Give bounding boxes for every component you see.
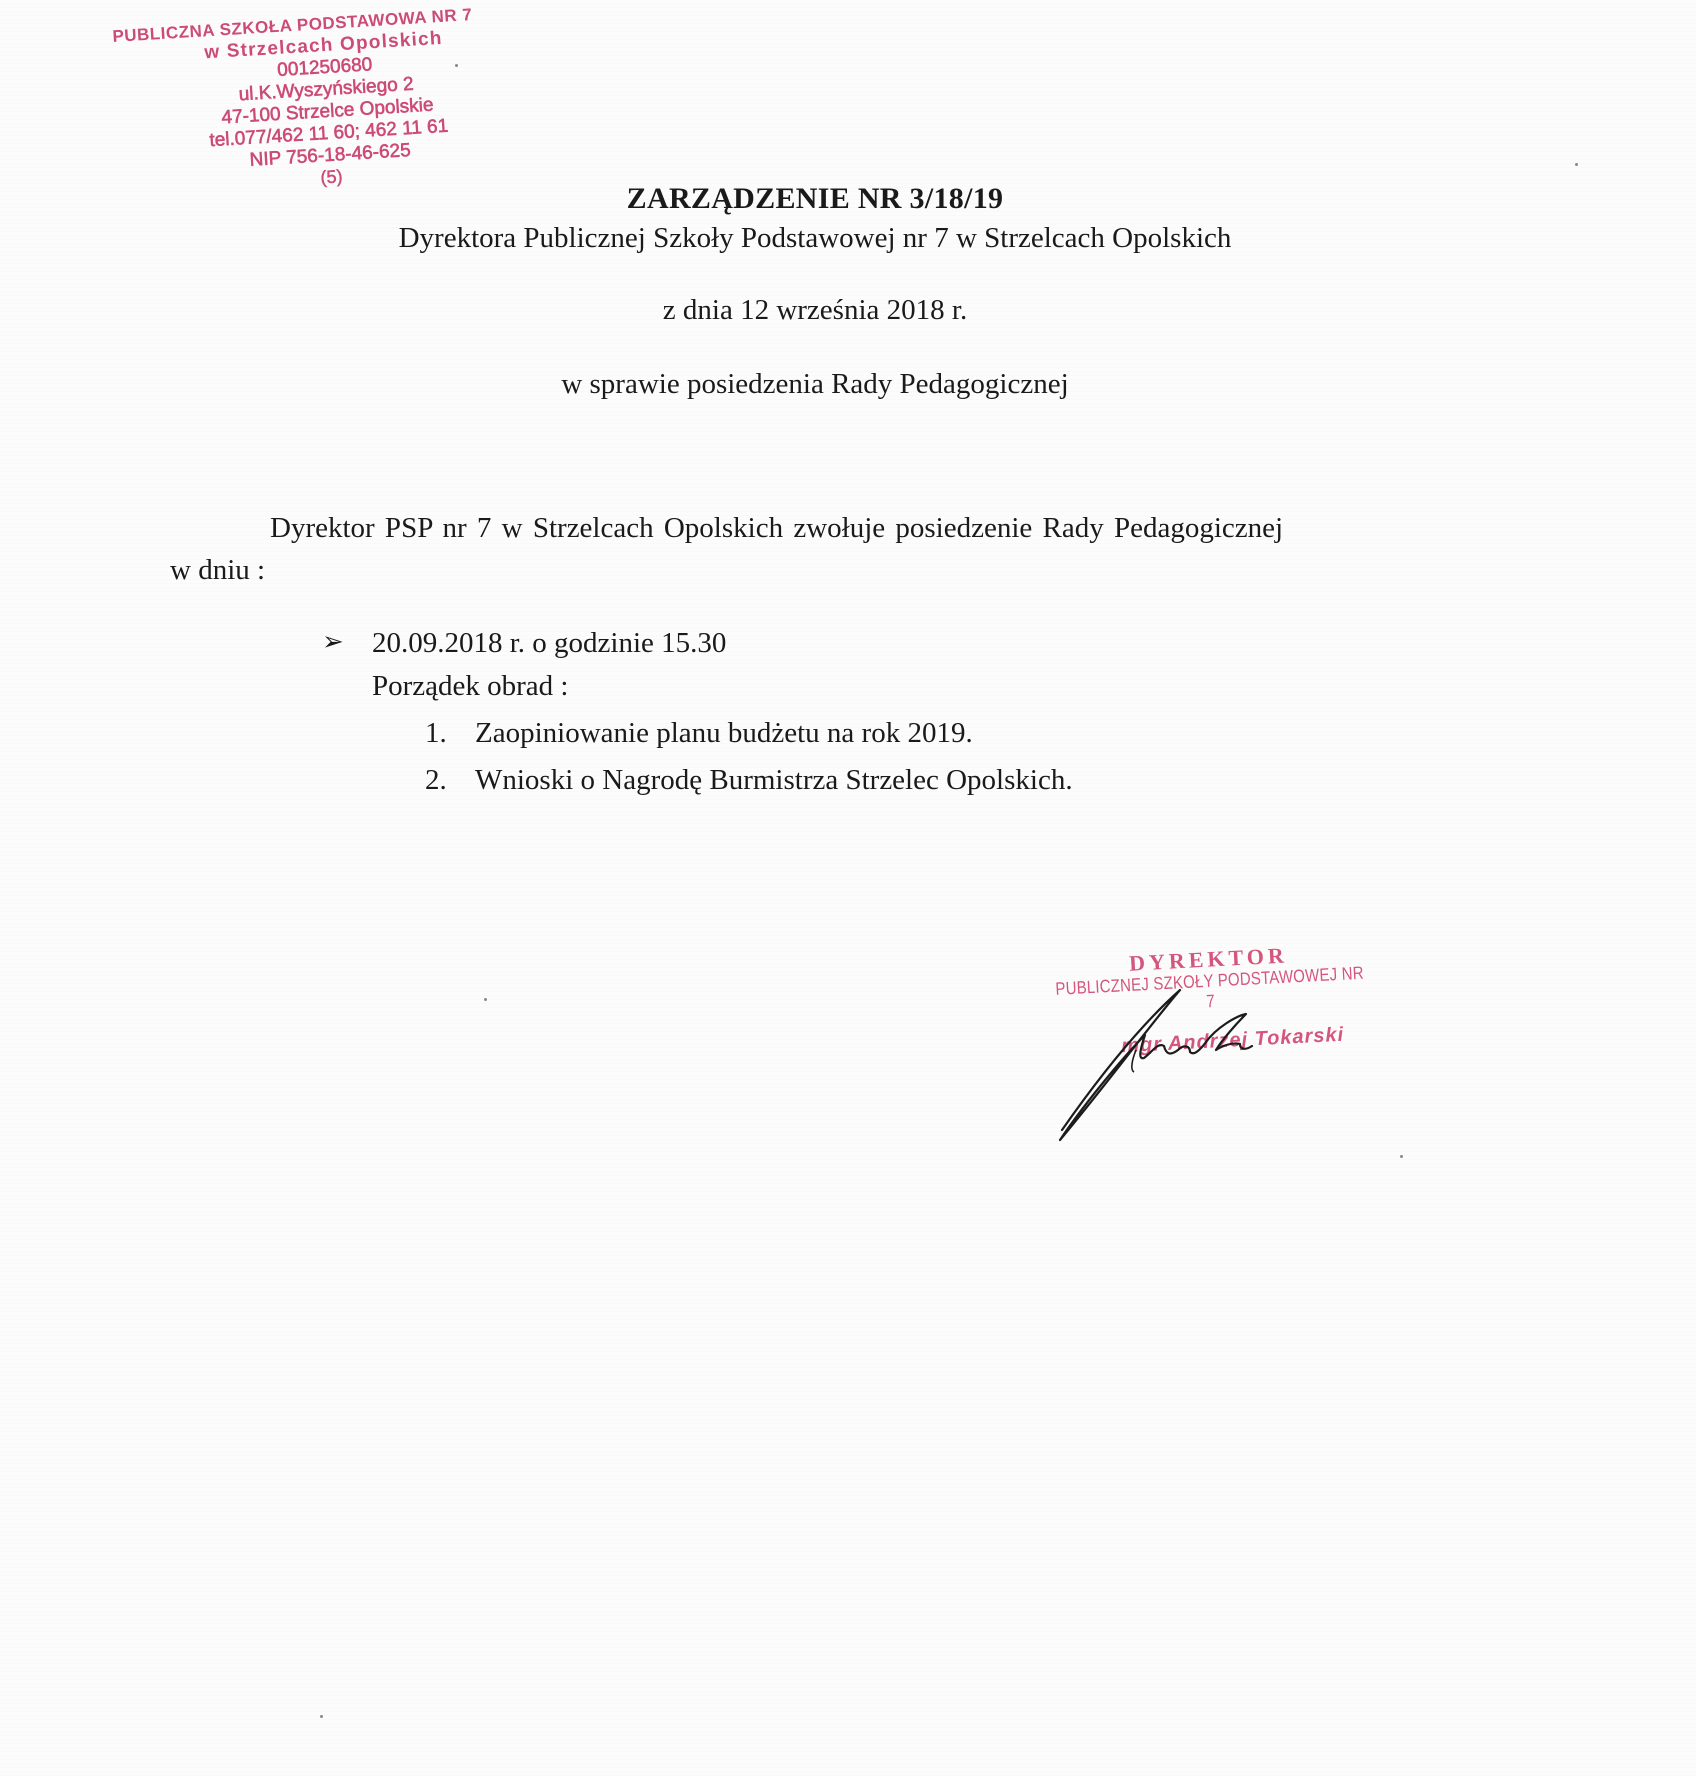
scan-speck (320, 1715, 323, 1718)
scan-speck (455, 64, 458, 67)
document-subject: w sprawie posiedzenia Rady Pedagogicznej (0, 368, 1630, 401)
arrow-bullet-icon: ➢ (322, 627, 344, 657)
scan-speck (484, 998, 487, 1001)
document-date: z dnia 12 września 2018 r. (0, 294, 1630, 327)
scanned-page: PUBLICZNA SZKOŁA PODSTAWOWA NR 7 w Strze… (0, 0, 1696, 1776)
meeting-datetime: 20.09.2018 r. o godzinie 15.30 (372, 627, 726, 660)
agenda-item: Zaopiniowanie planu budżetu na rok 2019. (475, 717, 973, 750)
body-paragraph-line-1: Dyrektor PSP nr 7 w Strzelcach Opolskich… (270, 512, 1283, 545)
scan-speck (1400, 1155, 1403, 1158)
agenda-item-number: 1. (425, 717, 447, 750)
agenda-item-number: 2. (425, 764, 447, 797)
body-paragraph-line-2: w dniu : (170, 554, 265, 587)
document-issuer: Dyrektora Publicznej Szkoły Podstawowej … (0, 222, 1630, 255)
school-header-stamp: PUBLICZNA SZKOŁA PODSTAWOWA NR 7 w Strze… (112, 2, 542, 198)
handwritten-signature (1040, 980, 1300, 1150)
agenda-label: Porządek obrad : (372, 670, 569, 703)
document-title: ZARZĄDZENIE NR 3/18/19 (0, 182, 1630, 216)
scan-speck (1575, 163, 1578, 166)
agenda-item: Wnioski o Nagrodę Burmistrza Strzelec Op… (475, 764, 1073, 797)
